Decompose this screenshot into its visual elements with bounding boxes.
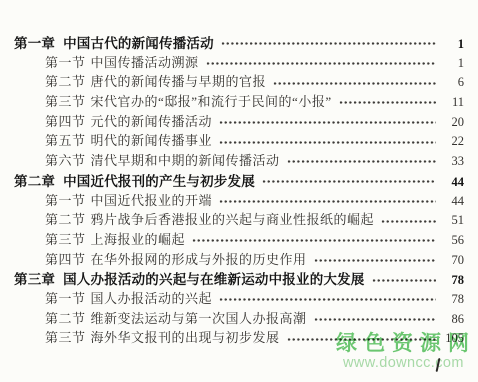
- toc-entry-label: 第三节: [45, 91, 86, 110]
- toc-entry-page: 70: [440, 253, 464, 268]
- toc-entry-page: 33: [440, 154, 464, 169]
- toc-entry-label: 第四节: [45, 111, 86, 130]
- toc-entry-section: 第二节 鸦片战争后香港报业的兴起与商业性报纸的崛起 51: [0, 209, 478, 229]
- toc-entry-chapter: 第二章 中国近代报刊的产生与初步发展 44: [0, 170, 478, 190]
- toc-entry-page: 51: [440, 213, 464, 228]
- dot-leader: [219, 140, 436, 145]
- toc-entry-section: 第一节 中国传播活动溯源 1: [0, 52, 478, 72]
- toc-entry-title: 鸦片战争后香港报业的兴起与商业性报纸的崛起: [91, 209, 375, 228]
- table-of-contents: 第一章 中国古代的新闻传播活动 1 第一节 中国传播活动溯源 1 第二节 唐代的…: [0, 32, 478, 347]
- dot-leader: [192, 238, 436, 243]
- toc-entry-page: 44: [440, 175, 464, 190]
- toc-entry-label: 第一节: [45, 288, 86, 307]
- dot-leader: [287, 337, 436, 342]
- toc-entry-page: 20: [440, 115, 464, 130]
- toc-entry-title: 明代的新闻传播事业: [91, 130, 213, 149]
- toc-entry-page: 86: [440, 312, 464, 327]
- toc-entry-label: 第二节: [45, 71, 86, 90]
- toc-entry-page: 6: [440, 75, 464, 90]
- dot-leader: [273, 81, 436, 86]
- toc-entry-page: 1: [440, 56, 464, 71]
- toc-entry-title: 国人办报活动的兴起与在维新运动中报业的大发展: [63, 268, 364, 288]
- toc-entry-section: 第四节 在华外报网的形成与外报的历史作用 70: [0, 249, 478, 269]
- toc-entry-label: 第一章: [14, 32, 55, 52]
- dot-leader: [314, 317, 436, 322]
- toc-entry-section: 第三节 宋代官办的“邸报”和流行于民间的“小报” 11: [0, 91, 478, 111]
- toc-entry-label: 第一节: [45, 52, 86, 71]
- dot-leader: [287, 159, 436, 164]
- toc-entry-page: 105: [440, 331, 464, 346]
- toc-entry-label: 第三节: [45, 229, 86, 248]
- scanned-toc-page: 第一章 中国古代的新闻传播活动 1 第一节 中国传播活动溯源 1 第二节 唐代的…: [0, 0, 478, 382]
- toc-entry-section: 第三节 上海报业的崛起 56: [0, 229, 478, 249]
- toc-entry-label: 第三章: [14, 268, 55, 288]
- toc-entry-label: 第二章: [14, 170, 55, 190]
- toc-entry-label: 第二节: [45, 308, 86, 327]
- pen-mark: [436, 358, 441, 372]
- dot-leader: [372, 278, 436, 283]
- toc-entry-title: 宋代官办的“邸报”和流行于民间的“小报”: [91, 91, 332, 110]
- dot-leader: [206, 61, 436, 66]
- toc-entry-title: 唐代的新闻传播与早期的官报: [91, 71, 267, 90]
- dot-leader: [221, 41, 436, 46]
- toc-entry-section: 第二节 唐代的新闻传播与早期的官报 6: [0, 71, 478, 91]
- toc-entry-section: 第四节 元代的新闻传播活动 20: [0, 111, 478, 131]
- toc-entry-section: 第五节 明代的新闻传播事业 22: [0, 130, 478, 150]
- toc-entry-label: 第一节: [45, 190, 86, 209]
- toc-entry-section: 第六节 清代早期和中期的新闻传播活动 33: [0, 150, 478, 170]
- toc-entry-title: 在华外报网的形成与外报的历史作用: [91, 249, 307, 268]
- toc-entry-title: 维新变法运动与第一次国人办报高潮: [91, 308, 307, 327]
- toc-entry-label: 第三节: [45, 327, 86, 346]
- toc-entry-title: 清代早期和中期的新闻传播活动: [91, 150, 280, 169]
- watermark-site-url: www.downcc.com: [343, 355, 476, 372]
- toc-entry-section: 第二节 维新变法运动与第一次国人办报高潮 86: [0, 308, 478, 328]
- toc-entry-label: 第六节: [45, 150, 86, 169]
- toc-entry-page: 22: [440, 134, 464, 149]
- toc-entry-section: 第一节 中国近代报业的开端 44: [0, 190, 478, 210]
- dot-leader: [219, 297, 436, 302]
- dot-leader: [219, 199, 436, 204]
- toc-entry-page: 44: [440, 194, 464, 209]
- toc-entry-section: 第三节 海外华文报刊的出现与初步发展 105: [0, 327, 478, 347]
- toc-entry-title: 中国近代报业的开端: [91, 190, 213, 209]
- dot-leader: [219, 120, 436, 125]
- toc-entry-title: 国人办报活动的兴起: [91, 288, 213, 307]
- toc-entry-label: 第五节: [45, 130, 86, 149]
- toc-entry-label: 第四节: [45, 249, 86, 268]
- toc-entry-title: 中国近代报刊的产生与初步发展: [63, 170, 255, 190]
- toc-entry-label: 第二节: [45, 209, 86, 228]
- toc-entry-section: 第一节 国人办报活动的兴起 78: [0, 288, 478, 308]
- toc-entry-page: 78: [440, 292, 464, 307]
- toc-entry-page: 78: [440, 273, 464, 288]
- dot-leader: [314, 258, 436, 263]
- toc-entry-title: 中国古代的新闻传播活动: [63, 32, 214, 52]
- dot-leader: [262, 179, 436, 184]
- toc-entry-page: 56: [440, 233, 464, 248]
- toc-entry-page: 11: [440, 95, 464, 110]
- toc-entry-title: 上海报业的崛起: [91, 229, 186, 248]
- dot-leader: [339, 100, 436, 105]
- toc-entry-title: 中国传播活动溯源: [91, 52, 199, 71]
- toc-entry-chapter: 第三章 国人办报活动的兴起与在维新运动中报业的大发展 78: [0, 268, 478, 288]
- toc-entry-page: 1: [440, 37, 464, 52]
- dot-leader: [381, 219, 436, 224]
- toc-entry-title: 海外华文报刊的出现与初步发展: [91, 327, 280, 346]
- toc-entry-title: 元代的新闻传播活动: [91, 111, 213, 130]
- toc-entry-chapter: 第一章 中国古代的新闻传播活动 1: [0, 32, 478, 52]
